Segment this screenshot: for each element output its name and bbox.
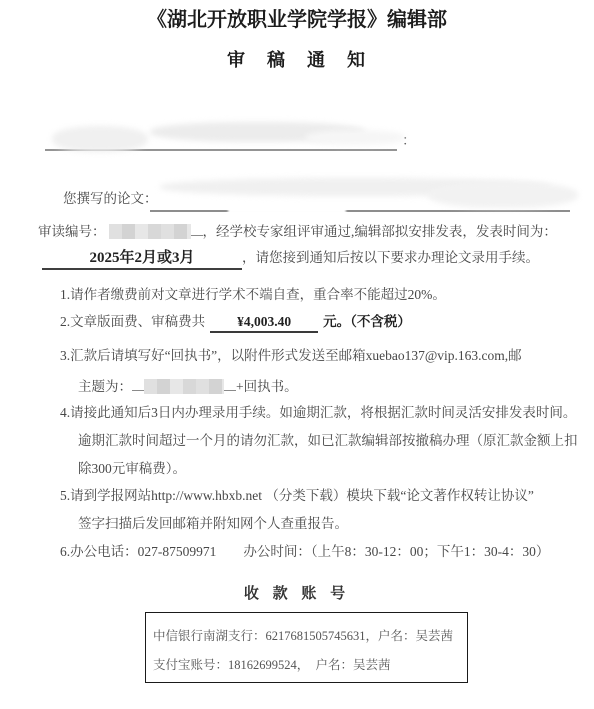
doc-title: 审 稿 通 知 <box>0 52 594 69</box>
item-6: 6.办公电话：027-87509971 办公时间：（上午8：30-12：00；下… <box>60 543 549 560</box>
item-5-line2: 签字扫描后发回邮箱并附知网个人查重报告。 <box>78 515 348 532</box>
subject-underline-stub <box>224 376 236 391</box>
item-3-line1: 3.汇款后请填写好“回执书”，以附件形式发送至邮箱xuebao137@vip.1… <box>60 347 522 364</box>
account-box: 中信银行南湖支行：6217681505745631，户名：吴芸茜 支付宝账号：1… <box>145 612 468 683</box>
review-number-line: 审读编号：，经学校专家组评审通过,编辑部拟安排发表，发表时间为： <box>38 221 557 240</box>
item-5-line1: 5.请到学报网站http://www.hbxb.net （分类下载）模块下载“论… <box>60 487 534 504</box>
review-number-label: 审读编号： <box>38 224 106 239</box>
review-number-redaction <box>109 224 191 239</box>
item-3-line2-suffix: +回执书。 <box>236 379 298 394</box>
redaction-blur <box>228 202 346 214</box>
redaction-blur <box>305 130 405 145</box>
subject-underline-stub <box>132 376 144 391</box>
review-notice-document: 《湖北开放职业学院学报》编辑部 审 稿 通 知 ： 您撰写的论文： 审读编号：，… <box>0 0 594 709</box>
review-line-rest: ，经学校专家组评审通过,编辑部拟安排发表，发表时间为： <box>203 224 557 239</box>
item-2-prefix: 2.文章版面费、审稿费共 <box>60 314 205 329</box>
org-title: 《湖北开放职业学院学报》编辑部 <box>0 12 594 29</box>
item-2: 2.文章版面费、审稿费共¥4,003.40元。（不含税） <box>60 313 411 333</box>
item-2-suffix: 元。（不含税） <box>323 314 411 329</box>
item-4-line2: 逾期汇款时间超过一个月的请勿汇款，如已汇款编辑部按撤稿办理（原汇款金额上扣 <box>78 432 578 449</box>
bank-account-line: 中信银行南湖支行：6217681505745631，户名：吴芸茜 <box>153 626 453 644</box>
account-heading: 收 款 账 号 <box>0 586 594 603</box>
publish-date: 2025年2月或3月 <box>42 250 242 270</box>
fee-amount: ¥4,003.40 <box>210 313 318 333</box>
item-4-line1: 4.请接此通知后3日内办理录用手续。如逾期汇款，将根据汇款时间灵活安排发表时间。 <box>60 404 576 421</box>
item-4-line3: 除300元审稿费）。 <box>78 460 186 477</box>
subject-redaction <box>144 379 224 394</box>
paper-label: 您撰写的论文： <box>63 190 158 207</box>
alipay-account-line: 支付宝账号：18162699524， 户名：吴芸茜 <box>153 655 391 673</box>
item-1: 1.请作者缴费前对文章进行学术不端自查，重合率不能超过20%。 <box>60 286 446 303</box>
publish-line-rest: ，请您接到通知后按以下要求办理论文录用手续。 <box>242 250 539 265</box>
redaction-blur <box>52 126 148 152</box>
publish-date-line: 2025年2月或3月，请您接到通知后按以下要求办理论文录用手续。 <box>42 249 539 270</box>
item-3-line2: 主题为：+回执书。 <box>78 376 298 395</box>
redaction-blur <box>428 182 578 208</box>
subject-label: 主题为： <box>78 379 132 394</box>
review-underline-stub <box>191 221 203 236</box>
